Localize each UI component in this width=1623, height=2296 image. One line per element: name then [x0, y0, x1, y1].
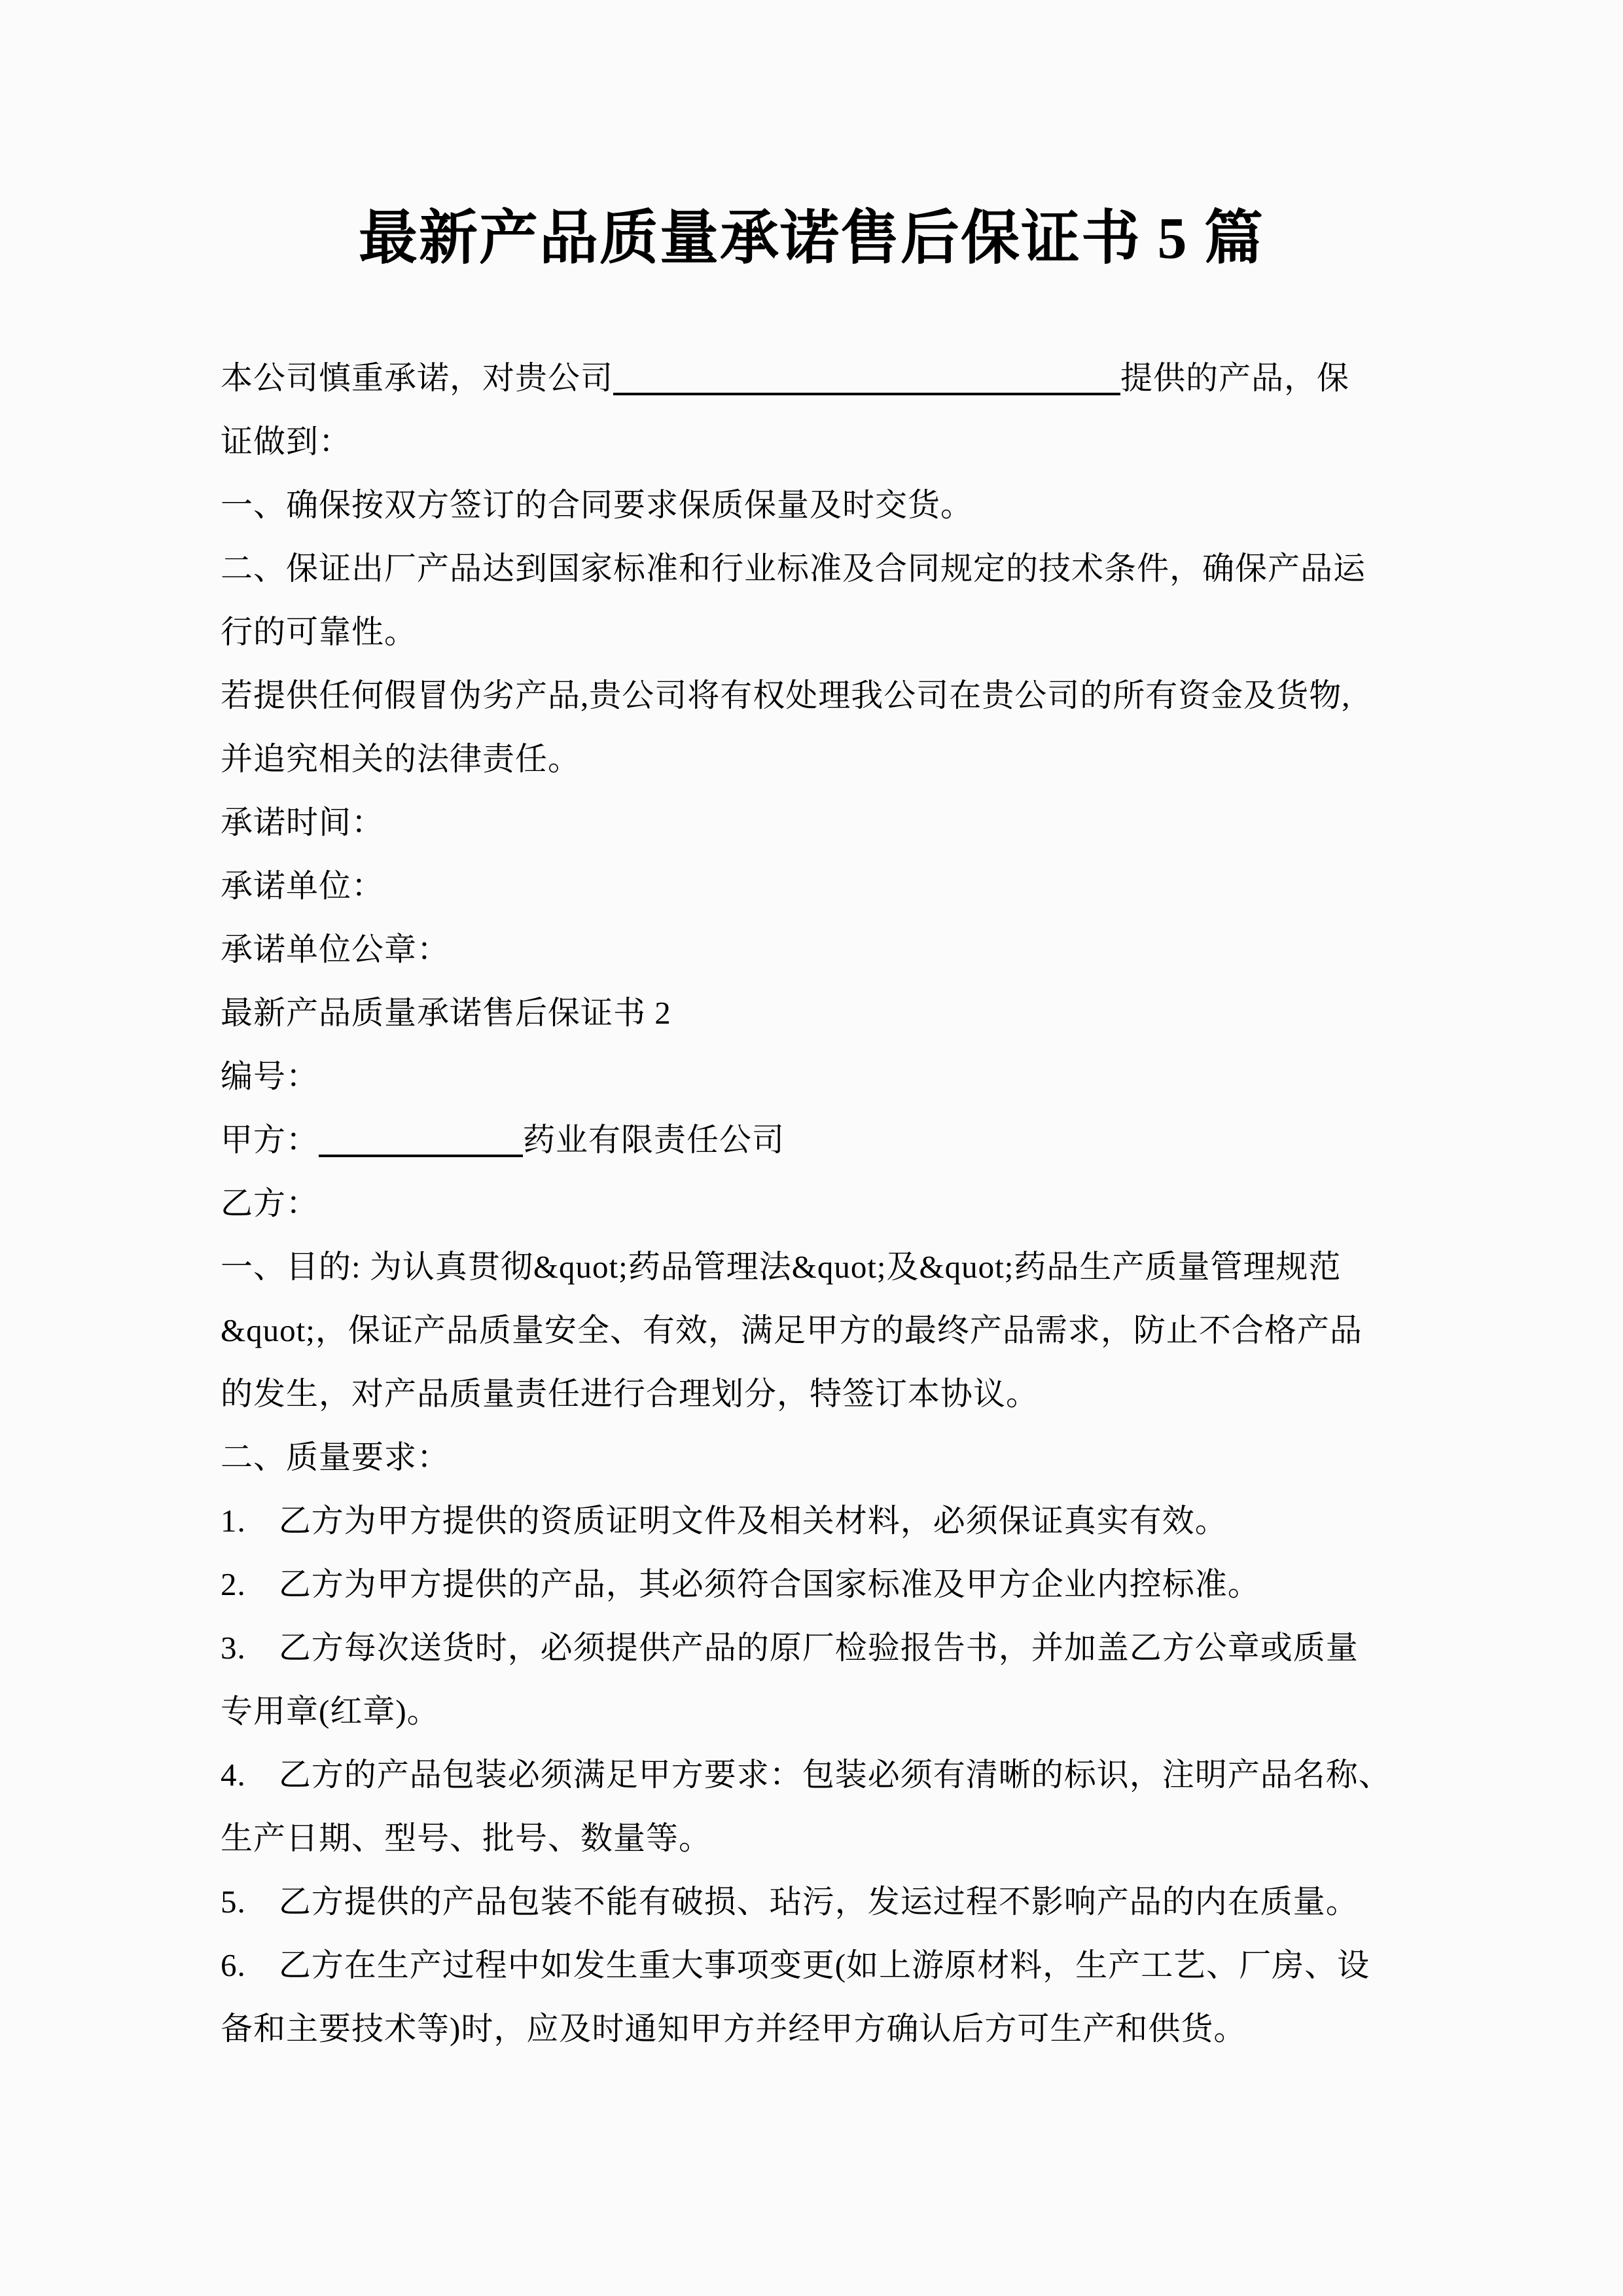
- text-run: 4. 乙方的产品包装必须满足甲方要求：包装必须有清晰的标识，注明产品名称、: [221, 1757, 1391, 1793]
- text-run: &quot;，保证产品质量安全、有效，满足甲方的最终产品需求，防止不合格产品: [221, 1312, 1363, 1348]
- text-run: 最新产品质量承诺售后保证书 2: [221, 995, 671, 1031]
- document-line: &quot;，保证产品质量安全、有效，满足甲方的最终产品需求，防止不合格产品: [221, 1299, 1407, 1362]
- text-run: 5. 乙方提供的产品包装不能有破损、玷污，发运过程不影响产品的内在质量。: [221, 1884, 1359, 1920]
- document-line: 本公司慎重承诺，对贵公司提供的产品，保: [221, 346, 1407, 410]
- document-title: 最新产品质量承诺售后保证书 5 篇: [0, 200, 1623, 278]
- document-line: 并追究相关的法律责任。: [221, 727, 1407, 791]
- document-line: 2. 乙方为甲方提供的产品，其必须符合国家标准及甲方企业内控标准。: [221, 1552, 1407, 1616]
- text-run: 提供的产品，保: [1120, 360, 1349, 396]
- document-line: 6. 乙方在生产过程中如发生重大事项变更(如上游原材料，生产工艺、厂房、设: [221, 1933, 1407, 1997]
- text-run: 承诺时间：: [221, 804, 384, 840]
- document-line: 二、质量要求：: [221, 1426, 1407, 1489]
- text-run: 本公司慎重承诺，对贵公司: [221, 360, 613, 396]
- document-line: 承诺单位：: [221, 854, 1407, 918]
- text-run: 一、目的: 为认真贯彻&quot;药品管理法&quot;及&quot;药品生产质…: [221, 1249, 1341, 1285]
- fill-in-blank-line: [613, 359, 1120, 395]
- document-line: 的发生，对产品质量责任进行合理划分，特签订本协议。: [221, 1362, 1407, 1426]
- document-line: 备和主要技术等)时，应及时通知甲方并经甲方确认后方可生产和供货。: [221, 1997, 1407, 2060]
- document-line: 承诺时间：: [221, 791, 1407, 854]
- document-line: 行的可靠性。: [221, 600, 1407, 664]
- document-line: 最新产品质量承诺售后保证书 2: [221, 981, 1407, 1045]
- text-run: 二、质量要求：: [221, 1439, 450, 1475]
- text-run: 二、保证出厂产品达到国家标准和行业标准及合同规定的技术条件，确保产品运: [221, 550, 1366, 586]
- text-run: 承诺单位：: [221, 868, 384, 904]
- text-run: 生产日期、型号、批号、数量等。: [221, 1820, 711, 1856]
- text-run: 甲方：: [221, 1122, 319, 1158]
- text-run: 一、确保按双方签订的合同要求保质保量及时交货。: [221, 487, 973, 523]
- text-run: 1. 乙方为甲方提供的资质证明文件及相关材料，必须保证真实有效。: [221, 1503, 1228, 1539]
- text-run: 承诺单位公章：: [221, 931, 450, 967]
- text-run: 并追究相关的法律责任。: [221, 741, 580, 777]
- text-run: 3. 乙方每次送货时，必须提供产品的原厂检验报告书，并加盖乙方公章或质量: [221, 1630, 1359, 1666]
- text-run: 专用章(红章)。: [221, 1693, 440, 1729]
- document-line: 4. 乙方的产品包装必须满足甲方要求：包装必须有清晰的标识，注明产品名称、: [221, 1743, 1407, 1806]
- document-line: 1. 乙方为甲方提供的资质证明文件及相关材料，必须保证真实有效。: [221, 1489, 1407, 1552]
- document-line: 证做到：: [221, 410, 1407, 473]
- text-run: 的发生，对产品质量责任进行合理划分，特签订本协议。: [221, 1376, 1039, 1412]
- document-body: 本公司慎重承诺，对贵公司提供的产品，保证做到：一、确保按双方签订的合同要求保质保…: [221, 346, 1407, 2060]
- text-run: 行的可靠性。: [221, 614, 417, 650]
- text-run: 证做到：: [221, 423, 351, 459]
- text-run: 若提供任何假冒伪劣产品,贵公司将有权处理我公司在贵公司的所有资金及货物,: [221, 677, 1351, 713]
- document-line: 一、确保按双方签订的合同要求保质保量及时交货。: [221, 473, 1407, 537]
- document-line: 承诺单位公章：: [221, 918, 1407, 981]
- fill-in-blank-line: [319, 1121, 523, 1157]
- document-line: 甲方：药业有限责任公司: [221, 1108, 1407, 1172]
- document-line: 二、保证出厂产品达到国家标准和行业标准及合同规定的技术条件，确保产品运: [221, 537, 1407, 600]
- text-run: 药业有限责任公司: [523, 1122, 785, 1158]
- document-line: 生产日期、型号、批号、数量等。: [221, 1806, 1407, 1870]
- document-line: 3. 乙方每次送货时，必须提供产品的原厂检验报告书，并加盖乙方公章或质量: [221, 1616, 1407, 1679]
- text-run: 6. 乙方在生产过程中如发生重大事项变更(如上游原材料，生产工艺、厂房、设: [221, 1947, 1370, 1983]
- document-line: 若提供任何假冒伪劣产品,贵公司将有权处理我公司在贵公司的所有资金及货物,: [221, 664, 1407, 727]
- document-line: 乙方：: [221, 1172, 1407, 1235]
- text-run: 2. 乙方为甲方提供的产品，其必须符合国家标准及甲方企业内控标准。: [221, 1566, 1260, 1602]
- document-line: 专用章(红章)。: [221, 1679, 1407, 1743]
- document-page: 最新产品质量承诺售后保证书 5 篇 本公司慎重承诺，对贵公司提供的产品，保证做到…: [0, 0, 1623, 2296]
- text-run: 编号：: [221, 1058, 319, 1094]
- text-run: 备和主要技术等)时，应及时通知甲方并经甲方确认后方可生产和供货。: [221, 2011, 1246, 2047]
- document-line: 编号：: [221, 1045, 1407, 1108]
- document-line: 一、目的: 为认真贯彻&quot;药品管理法&quot;及&quot;药品生产质…: [221, 1235, 1407, 1299]
- text-run: 乙方：: [221, 1185, 319, 1221]
- document-line: 5. 乙方提供的产品包装不能有破损、玷污，发运过程不影响产品的内在质量。: [221, 1870, 1407, 1933]
